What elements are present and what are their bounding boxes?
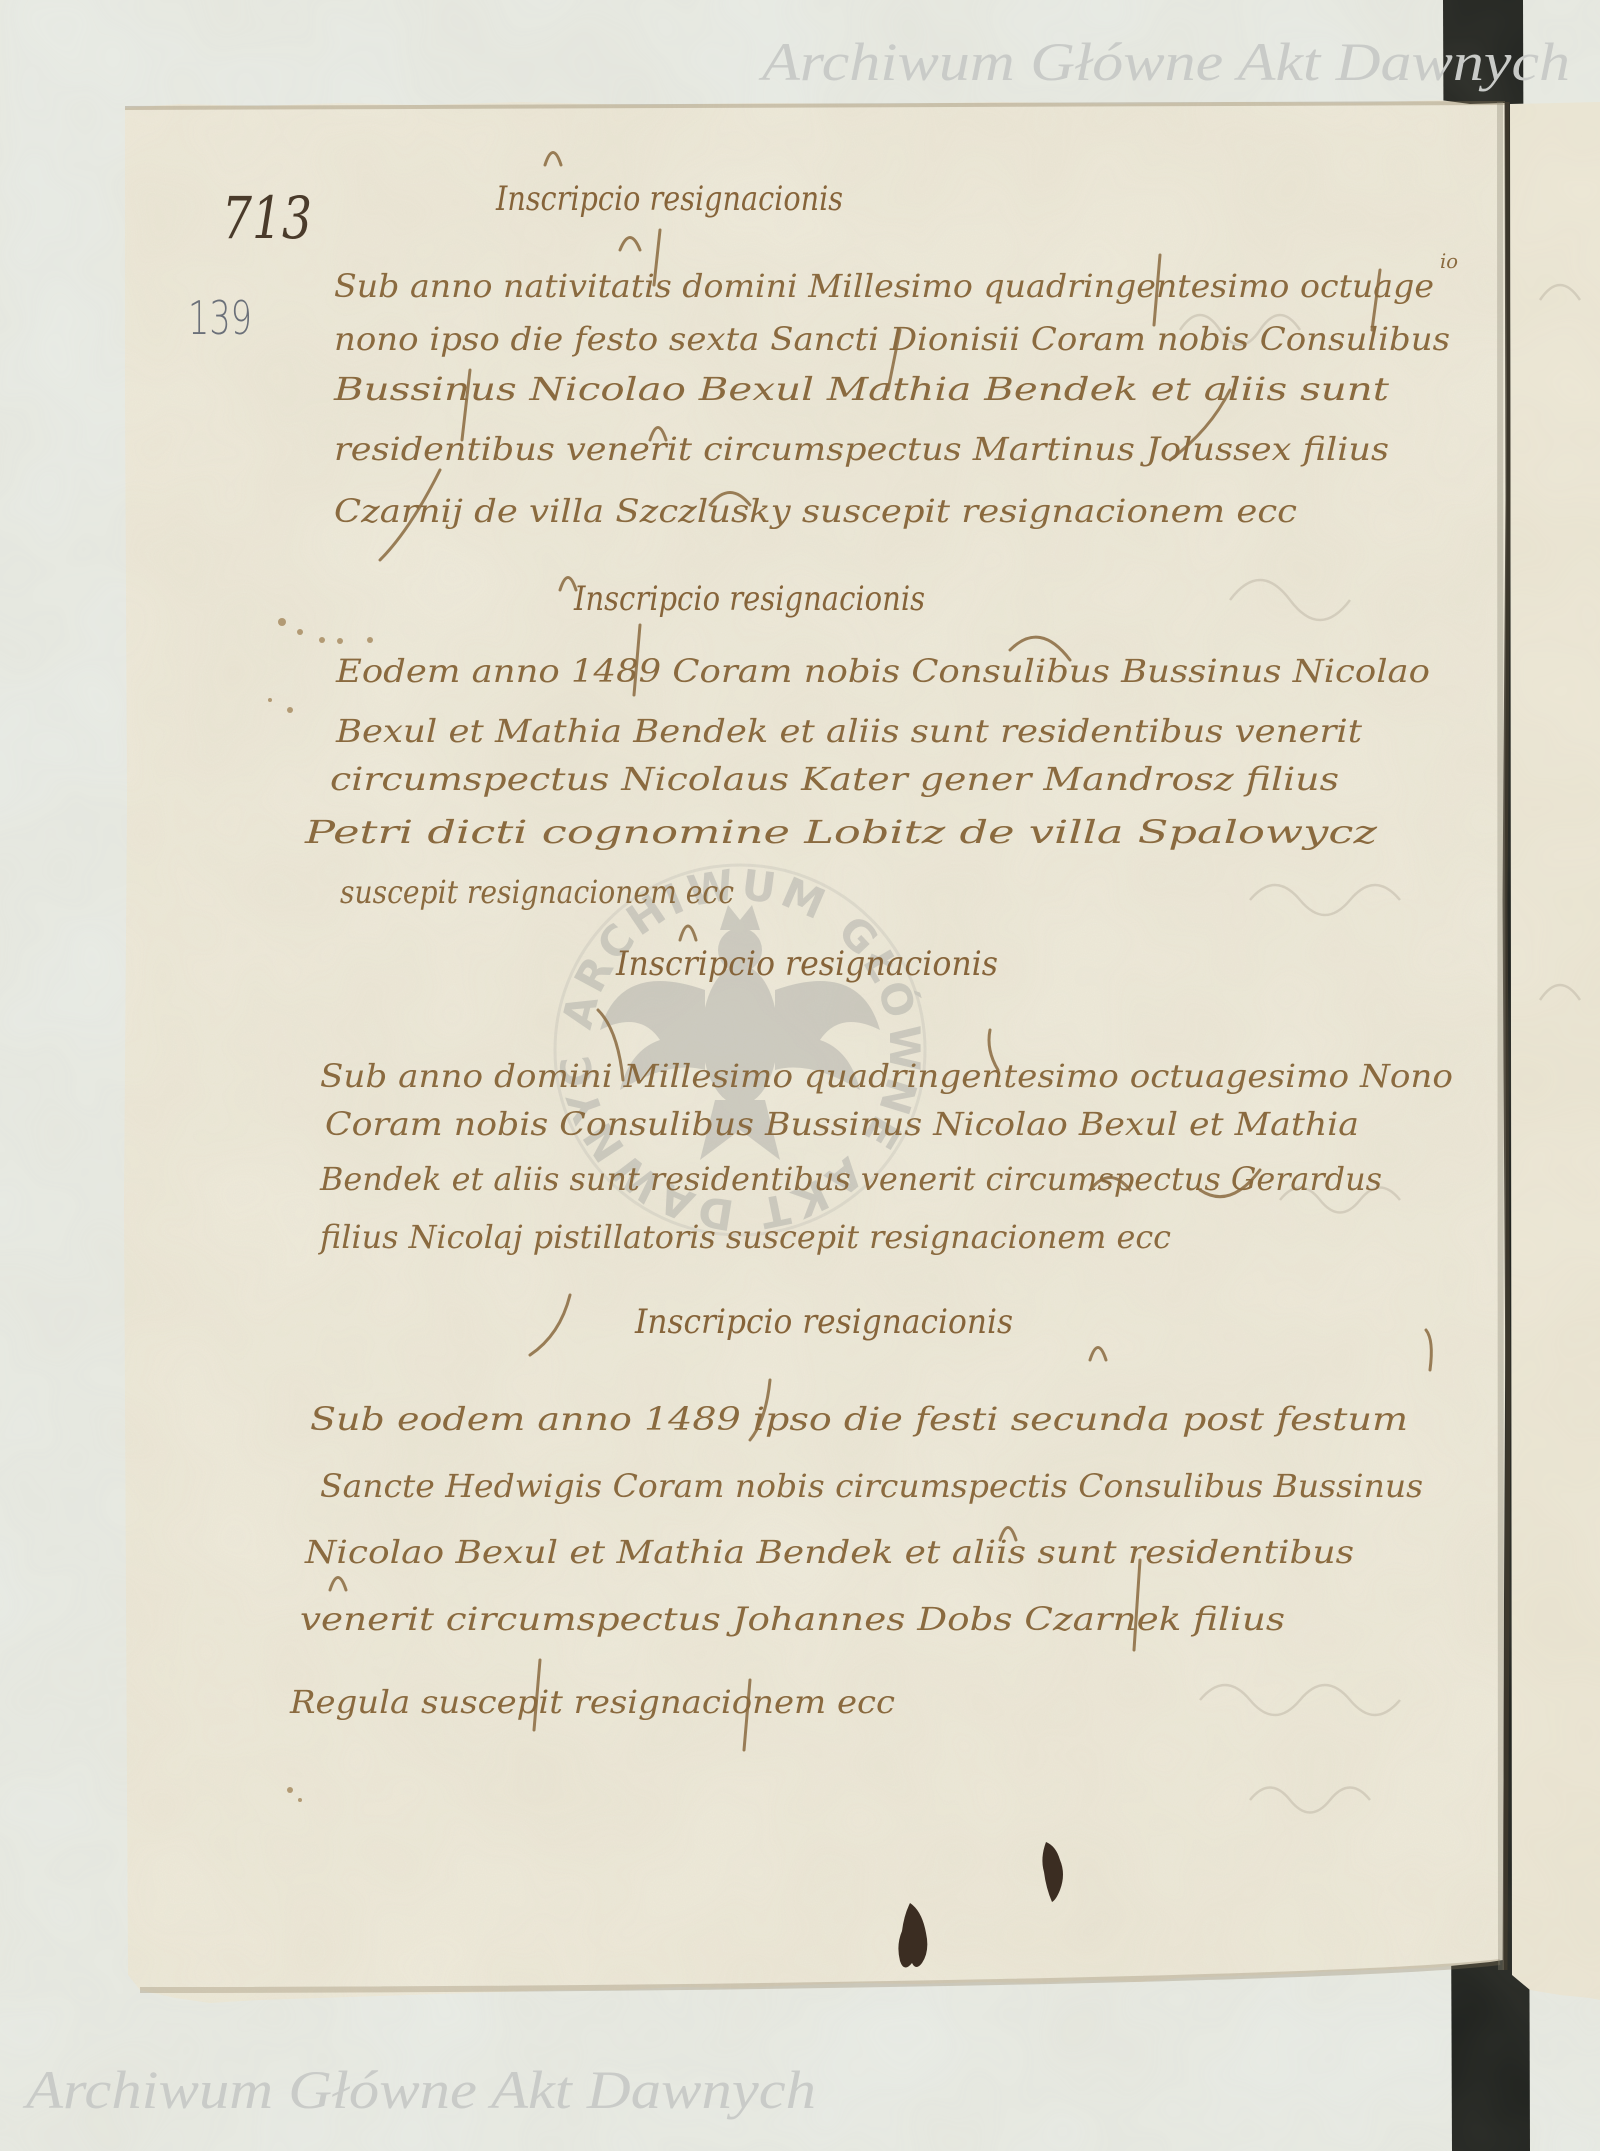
entry-line: Bexul et Mathia Bendek et aliis sunt res… (335, 712, 1362, 750)
entry-line: circumspectus Nicolaus Kater gener Mandr… (330, 760, 1339, 798)
watermark-top: Archiwum Główne Akt Dawnych (759, 32, 1570, 92)
gutter-fold (1505, 102, 1508, 1970)
entry-line: filius Nicolaj pistillatoris suscepit re… (318, 1218, 1171, 1256)
entry-line: Sub anno nativitatis domini Millesimo qu… (334, 267, 1434, 305)
entry-heading: Inscripcio resignacionis (573, 579, 925, 619)
manuscript-scan: ARCHIWUM GŁÓWNE AKT DAWNYCH 713 139 Insc… (0, 0, 1600, 2151)
entry-line: Sub anno domini Millesimo quadringentesi… (320, 1057, 1453, 1095)
folio-number-ink: 713 (222, 184, 312, 252)
entry-line: Petri dicti cognomine Lobitz de villa Sp… (304, 813, 1379, 851)
entry-line: nono ipso die festo sexta Sancti Dionisi… (334, 320, 1450, 358)
entry-line: Bendek et aliis sunt residentibus veneri… (319, 1160, 1382, 1198)
entry-line: Sub eodem anno 1489 ipso die festi secun… (310, 1400, 1408, 1438)
entry-line: Regula suscepit resignacionem ecc (289, 1683, 895, 1721)
entry-heading: Inscripcio resignacionis (634, 1302, 1013, 1342)
entry-line: suscepit resignacionem ecc (340, 873, 734, 911)
entry-line: Eodem anno 1489 Coram nobis Consulibus B… (335, 652, 1430, 690)
entry-superscript: io (1440, 249, 1458, 273)
entry-line: Sancte Hedwigis Coram nobis circumspecti… (320, 1467, 1423, 1505)
watermark-bottom: Archiwum Główne Akt Dawnych (23, 2060, 816, 2120)
entry-heading: Inscripcio resignacionis (495, 179, 843, 219)
entry-line: Czarnij de villa Szczlusky suscepit resi… (334, 492, 1297, 530)
gutter-shadow (1500, 102, 1501, 1970)
entry-line: Nicolao Bexul et Mathia Bendek et aliis … (304, 1533, 1354, 1571)
adjacent-page (1510, 102, 1600, 2000)
entry-line: Coram nobis Consulibus Bussinus Nicolao … (325, 1105, 1359, 1143)
entry-line: residentibus venerit circumspectus Marti… (334, 430, 1389, 468)
entry-heading: Inscripcio resignacionis (615, 944, 998, 984)
folio-number-pencil: 139 (188, 291, 252, 345)
